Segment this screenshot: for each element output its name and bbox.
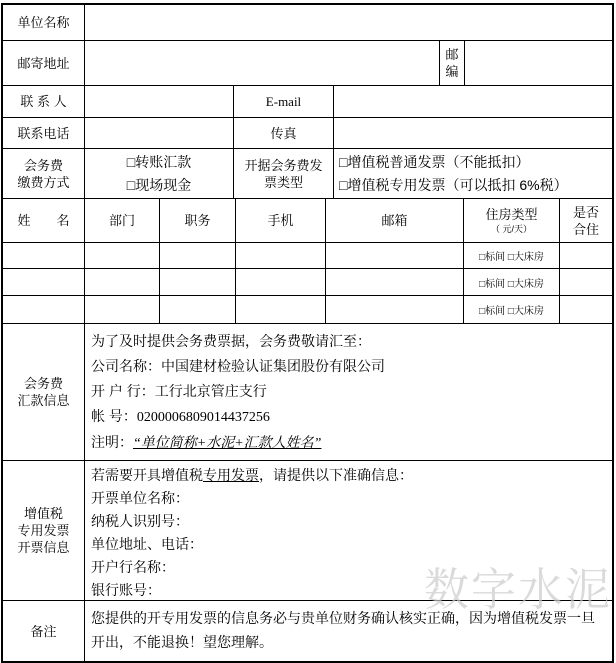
attendee-dept-input[interactable]	[85, 243, 160, 268]
header-mobile-cell: 手机	[236, 199, 326, 242]
checkbox-transfer[interactable]: □转账汇款	[127, 151, 191, 174]
remarks-content-cell: 您提供的开专用发票的信息务必与贵单位财务确认核实正确，因为增值税发票一旦开出，不…	[85, 601, 612, 661]
checkbox-cash[interactable]: □现场现金	[127, 174, 191, 197]
fax-input[interactable]	[334, 118, 612, 148]
vat-intro-post: ，请提供以下准确信息：	[259, 467, 413, 483]
vat-field-company[interactable]: 开票单位名称：	[91, 487, 413, 510]
attendee-mobile-input[interactable]	[236, 269, 326, 295]
remarks-label: 备注	[30, 623, 56, 640]
row-address: 邮寄地址 邮 编	[3, 41, 612, 86]
attendee-row: □标间 □大床房	[3, 269, 612, 296]
email-label: E-mail	[266, 93, 301, 110]
postal-code-input[interactable]	[465, 41, 612, 85]
checkbox-room-type[interactable]: □标间 □大床房	[479, 275, 544, 290]
vat-field-tax-id[interactable]: 纳税人识别号：	[91, 510, 413, 533]
unit-name-input[interactable]	[85, 5, 612, 40]
postal-label-line2: 编	[445, 63, 458, 80]
fax-label-cell: 传真	[234, 118, 334, 148]
vat-label-line3: 开票信息	[17, 539, 69, 556]
account-label: 帐 号：	[91, 408, 137, 424]
vat-label-line1: 增值税	[24, 505, 63, 522]
remittance-bank: 开 户 行：工行北京管庄支行	[91, 379, 385, 404]
header-room-cell: 住房类型 （ 元/天）	[464, 199, 560, 242]
row-phone: 联系电话 传真	[3, 118, 612, 149]
header-name: 姓 名	[17, 212, 69, 229]
checkbox-vat-general-invoice[interactable]: □增值税普通发票（不能抵扣）	[339, 151, 529, 174]
attendee-room-options-cell: □标间 □大床房	[464, 296, 560, 323]
postal-label-line1: 邮	[445, 46, 458, 63]
attendee-room-options-cell: □标间 □大床房	[464, 243, 560, 268]
invoice-type-label-line2: 票类型	[264, 174, 303, 191]
attendee-email-input[interactable]	[326, 296, 464, 323]
remarks-text: 您提供的开专用发票的信息务必与贵单位财务确认核实正确，因为增值税发票一旦开出，不…	[85, 601, 612, 654]
attendee-dept-input[interactable]	[85, 296, 160, 323]
remarks-label-cell: 备注	[3, 601, 85, 661]
phone-input[interactable]	[85, 118, 234, 148]
attendee-dept-input[interactable]	[85, 269, 160, 295]
payment-label-line1: 会务费	[24, 157, 63, 174]
header-share-line1: 是否	[573, 204, 599, 221]
attendee-title-input[interactable]	[160, 243, 236, 268]
checkbox-room-type[interactable]: □标间 □大床房	[479, 248, 544, 263]
address-label-cell: 邮寄地址	[3, 41, 85, 85]
phone-label-cell: 联系电话	[3, 118, 85, 148]
header-share-cell: 是否 合住	[560, 199, 612, 242]
vat-intro-pre: 若需要开具增值税	[91, 467, 203, 483]
attendee-name-input[interactable]	[3, 269, 85, 295]
attendee-mobile-input[interactable]	[236, 243, 326, 268]
vat-label-line2: 专用发票	[17, 522, 69, 539]
attendee-room-options-cell: □标间 □大床房	[464, 269, 560, 295]
attendee-name-input[interactable]	[3, 243, 85, 268]
contact-label: 联 系 人	[20, 93, 66, 110]
row-payment: 会务费 缴费方式 □转账汇款 □现场现金 开据会务费发 票类型 □增值税普通发票…	[3, 149, 612, 199]
vat-intro-underlined: 专用发票	[203, 467, 259, 483]
invoice-type-label-cell: 开据会务费发 票类型	[234, 149, 334, 198]
attendee-email-input[interactable]	[326, 269, 464, 295]
header-email-cell: 邮箱	[326, 199, 464, 242]
attendee-share-input[interactable]	[560, 296, 612, 323]
attendee-name-input[interactable]	[3, 296, 85, 323]
unit-name-label-cell: 单位名称	[3, 5, 85, 40]
vat-text: 若需要开具增值税专用发票，请提供以下准确信息： 开票单位名称： 纳税人识别号： …	[85, 461, 417, 600]
unit-name-label: 单位名称	[17, 14, 69, 31]
remittance-account-line: 帐 号：0200006809014437256	[91, 404, 385, 430]
row-contact: 联 系 人 E-mail	[3, 86, 612, 118]
attendee-share-input[interactable]	[560, 243, 612, 268]
vat-field-bank[interactable]: 开户行名称：	[91, 556, 413, 579]
attendee-title-input[interactable]	[160, 269, 236, 295]
remittance-note-line: 注明：“单位简称+水泥+汇款人姓名”	[91, 430, 385, 456]
attendee-header-row: 姓 名 部门 职务 手机 邮箱 住房类型 （ 元/天） 是否 合住	[3, 199, 612, 243]
vat-content-cell: 若需要开具增值税专用发票，请提供以下准确信息： 开票单位名称： 纳税人识别号： …	[85, 461, 612, 600]
header-title-cell: 职务	[160, 199, 236, 242]
note-value: “单位简称+水泥+汇款人姓名”	[133, 436, 321, 451]
payment-label-cell: 会务费 缴费方式	[3, 149, 85, 198]
checkbox-room-type[interactable]: □标间 □大床房	[479, 302, 544, 317]
remittance-label-line2: 汇款信息	[17, 392, 69, 409]
contact-input[interactable]	[85, 86, 234, 117]
note-label: 注明：	[91, 434, 133, 450]
attendee-row: □标间 □大床房	[3, 296, 612, 324]
attendee-share-input[interactable]	[560, 269, 612, 295]
invoice-type-label-line1: 开据会务费发	[244, 157, 322, 174]
attendee-email-input[interactable]	[326, 243, 464, 268]
invoice-options-cell: □增值税普通发票（不能抵扣） □增值税专用发票（可以抵扣 6%税）	[334, 149, 612, 198]
payment-method-cell: □转账汇款 □现场现金	[85, 149, 234, 198]
attendee-mobile-input[interactable]	[236, 296, 326, 323]
registration-form: 单位名称 邮寄地址 邮 编 联 系 人 E-mail 联系电话 传真	[1, 3, 614, 663]
remittance-intro: 为了及时提供会务费票据，会务费敬请汇至：	[91, 329, 385, 354]
header-share-line2: 合住	[573, 221, 599, 238]
row-vat-invoice: 增值税 专用发票 开票信息 若需要开具增值税专用发票，请提供以下准确信息： 开票…	[3, 461, 612, 601]
header-mobile: 手机	[267, 212, 293, 229]
attendee-row: □标间 □大床房	[3, 243, 612, 269]
header-dept-cell: 部门	[85, 199, 160, 242]
header-name-cell: 姓 名	[3, 199, 85, 242]
address-input[interactable]	[85, 41, 440, 85]
vat-field-account[interactable]: 银行账号：	[91, 579, 413, 600]
header-dept: 部门	[109, 212, 135, 229]
payment-label-line2: 缴费方式	[17, 174, 69, 191]
header-room-rate: （ 元/天）	[491, 223, 532, 235]
remittance-label-line1: 会务费	[24, 375, 63, 392]
email-input[interactable]	[334, 86, 612, 117]
remittance-company: 公司名称：中国建材检验认证集团股份有限公司	[91, 354, 385, 379]
vat-intro: 若需要开具增值税专用发票，请提供以下准确信息：	[91, 464, 413, 487]
account-number: 0200006809014437256	[137, 410, 270, 425]
phone-label: 联系电话	[17, 125, 69, 142]
header-email: 邮箱	[381, 212, 407, 229]
checkbox-vat-special-invoice[interactable]: □增值税专用发票（可以抵扣 6%税）	[339, 174, 568, 197]
email-label-cell: E-mail	[234, 86, 334, 117]
remittance-text: 为了及时提供会务费票据，会务费敬请汇至： 公司名称：中国建材检验认证集团股份有限…	[85, 324, 389, 456]
vat-field-address-phone[interactable]: 单位地址、电话：	[91, 533, 413, 556]
remittance-content-cell: 为了及时提供会务费票据，会务费敬请汇至： 公司名称：中国建材检验认证集团股份有限…	[85, 324, 612, 460]
row-unit-name: 单位名称	[3, 5, 612, 41]
header-title: 职务	[184, 212, 210, 229]
address-label: 邮寄地址	[17, 55, 69, 72]
row-remarks: 备注 您提供的开专用发票的信息务必与贵单位财务确认核实正确，因为增值税发票一旦开…	[3, 601, 612, 661]
header-room-type: 住房类型	[485, 206, 537, 223]
contact-label-cell: 联 系 人	[3, 86, 85, 117]
postal-label-cell: 邮 编	[440, 41, 465, 85]
remittance-label-cell: 会务费 汇款信息	[3, 324, 85, 460]
row-remittance: 会务费 汇款信息 为了及时提供会务费票据，会务费敬请汇至： 公司名称：中国建材检…	[3, 324, 612, 461]
vat-label-cell: 增值税 专用发票 开票信息	[3, 461, 85, 600]
fax-label: 传真	[270, 125, 296, 142]
attendee-title-input[interactable]	[160, 296, 236, 323]
